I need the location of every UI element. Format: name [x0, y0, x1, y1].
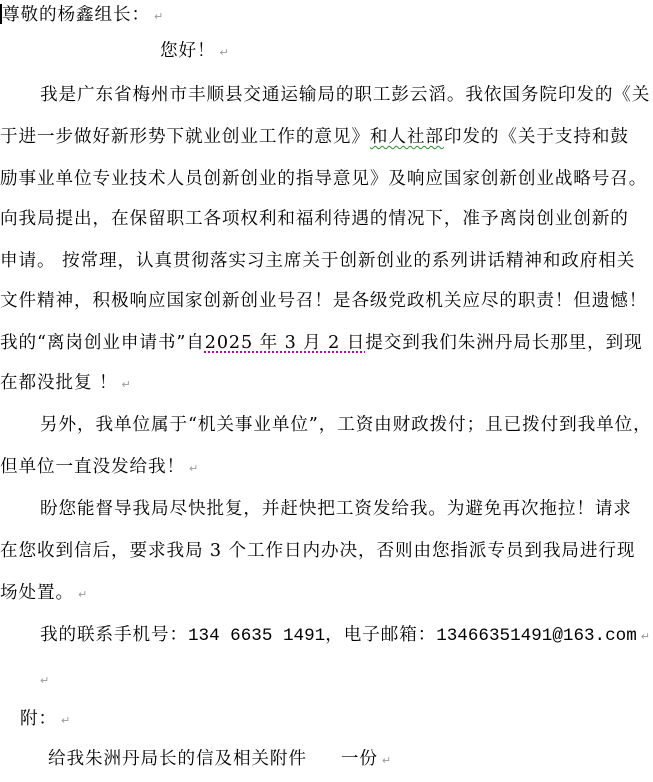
paragraph-mark-icon: ↵	[121, 378, 130, 391]
attachment-item-line: 给我朱洲丹局长的信及相关附件一份↵	[48, 748, 391, 772]
attachment-label: 附：	[20, 709, 57, 729]
text-run: 印发的《关于支持和鼓	[444, 127, 629, 147]
greeting-line: 您好！↵	[160, 40, 229, 64]
para3-line3: 场处置。↵	[0, 582, 87, 606]
paragraph-mark-icon: ↵	[219, 46, 228, 59]
paragraph-mark-icon: ↵	[189, 462, 198, 475]
para1-line4: 向我局提出，在保留职工各项权利和福利待遇的情况下，准予离岗创业创新的	[0, 208, 629, 230]
text-run: 在都没批复 ！	[0, 373, 117, 393]
paragraph-mark-icon: ↵	[61, 714, 70, 727]
para1-line1: 我是广东省梅州市丰顺县交通运输局的职工彭云滔。我依国务院印发的《关	[40, 84, 650, 106]
empty-line: ↵	[36, 668, 49, 692]
para1-line8: 在都没批复 ！↵	[0, 372, 131, 396]
paragraph-mark-icon: ↵	[154, 10, 163, 23]
grammar-flag[interactable]: 和人社部	[370, 127, 444, 147]
text-run: 但单位一直没发给我！	[0, 457, 185, 477]
attachment-label-line: 附：↵	[20, 708, 70, 732]
paragraph-mark-icon: ↵	[641, 630, 650, 643]
attachment-count: 一份	[341, 749, 378, 769]
phone-label: 我的联系手机号：	[40, 625, 188, 645]
attachment-item: 给我朱洲丹局长的信及相关附件	[48, 749, 307, 769]
salutation: 尊敬的杨鑫组长：	[2, 5, 150, 25]
contact-line: 我的联系手机号：134 6635 1491，电子邮箱：13466351491@1…	[40, 624, 650, 648]
para2-line1: 另外，我单位属于“机关事业单位”，工资由财政拨付；且已拨付到我单位，	[40, 414, 652, 436]
paragraph-mark-icon: ↵	[40, 674, 49, 687]
paragraph-mark-icon: ↵	[382, 754, 391, 767]
salutation-line: 尊敬的杨鑫组长：↵	[2, 4, 163, 28]
email-address[interactable]: 13466351491@163.com	[436, 626, 637, 646]
para1-line2: 于进一步做好新形势下就业创业工作的意见》和人社部印发的《关于支持和鼓	[0, 126, 629, 148]
para3-line1: 盼您能督导我局尽快批复，并赶快把工资发给我。为避免再次拖拉！请求	[40, 498, 632, 520]
greeting: 您好！	[160, 41, 215, 61]
para1-line7: 我的“离岗创业申请书”自2025 年 3 月 2 日提交到我们朱洲丹局长那里，到…	[0, 332, 643, 354]
para1-line3: 励事业单位专业技术人员创新创业的指导意见》及响应国家创新创业战略号召。	[0, 168, 647, 190]
para1-line6: 文件精神，积极响应国家创新创业号召！是各级党政机关应尽的职责！但遗憾！	[0, 290, 647, 312]
para3-line2: 在您收到信后，要求我局 3 个工作日内办决，否则由您指派专员到我局进行现	[0, 540, 635, 562]
date-smart-tag[interactable]: 2025 年 3 月 2 日	[205, 333, 366, 353]
text-run: 于进一步做好新形势下就业创业工作的意见》	[0, 127, 370, 147]
document-page[interactable]: 尊敬的杨鑫组长：↵ 您好！↵ 我是广东省梅州市丰顺县交通运输局的职工彭云滔。我依…	[0, 0, 653, 782]
phone-number: 134 6635 1491	[188, 626, 325, 646]
text-run: 场处置。	[0, 583, 74, 603]
para2-line2: 但单位一直没发给我！↵	[0, 456, 198, 480]
text-run: 提交到我们朱洲丹局长那里，到现	[365, 333, 642, 353]
paragraph-mark-icon: ↵	[78, 588, 87, 601]
text-run: 我的“离岗创业申请书”自	[0, 333, 205, 353]
email-label: ，电子邮箱：	[325, 625, 436, 645]
para1-line5: 申请。 按常理，认真贯彻落实习主席关于创新创业的系列讲话精神和政府相关	[0, 250, 635, 272]
